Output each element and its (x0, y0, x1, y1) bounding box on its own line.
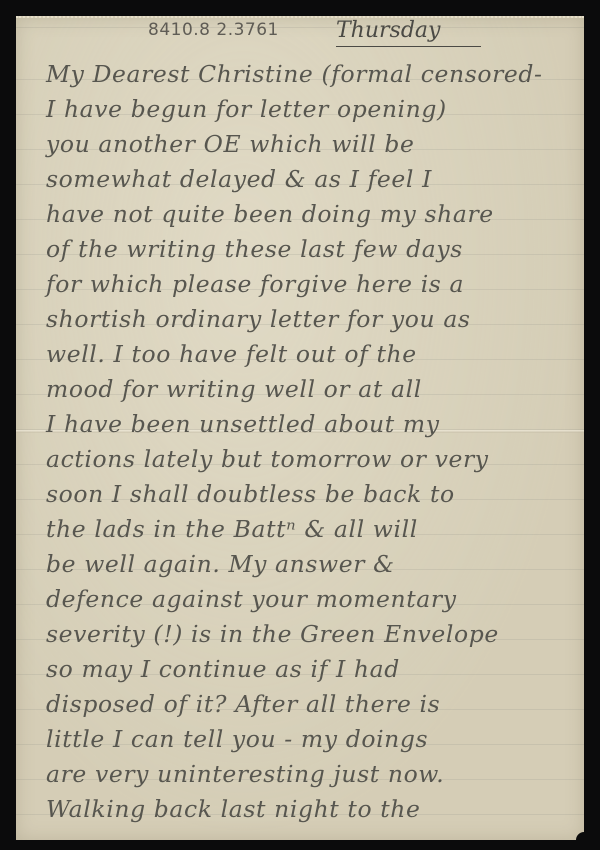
torn-corner (576, 832, 586, 842)
letter-line: of the writing these last few days (46, 233, 587, 268)
letter-line: actions lately but tomorrow or very (46, 443, 587, 478)
letter-line: somewhat delayed & as I feel I (46, 163, 587, 198)
letter-line: the lads in the Battⁿ & all will (46, 513, 587, 548)
document-viewer: 8410.8 2.3761 Thursday My Dearest Christ… (0, 0, 600, 850)
letter-line: well. I too have felt out of the (46, 338, 587, 373)
letter-line: so may I continue as if I had (46, 653, 587, 688)
letter-line: I have been unsettled about my (46, 408, 587, 443)
letter-line: severity (!) is in the Green Envelope (46, 618, 587, 653)
letter-line: My Dearest Christine (formal censored- (46, 58, 587, 93)
archive-reference-number: 8410.8 2.3761 (148, 20, 279, 40)
letter-page: 8410.8 2.3761 Thursday My Dearest Christ… (16, 16, 584, 840)
letter-line: little I can tell you - my doings (46, 723, 587, 758)
letter-line: have not quite been doing my share (46, 198, 587, 233)
letter-line: you another OE which will be (46, 128, 587, 163)
letter-line: disposed of it? After all there is (46, 688, 587, 723)
letter-line: be well again. My answer & (46, 548, 587, 583)
letter-body: My Dearest Christine (formal censored- I… (46, 58, 576, 828)
letter-line: are very uninteresting just now. (46, 758, 587, 793)
letter-line: for which please forgive here is a (46, 268, 587, 303)
letter-line: defence against your momentary (46, 583, 587, 618)
letter-line: soon I shall doubtless be back to (46, 478, 587, 513)
date-heading: Thursday (336, 18, 481, 47)
letter-line: I have begun for letter opening) (46, 93, 587, 128)
letter-line: mood for writing well or at all (46, 373, 587, 408)
letter-line: shortish ordinary letter for you as (46, 303, 587, 338)
letter-line: Walking back last night to the (46, 793, 587, 828)
